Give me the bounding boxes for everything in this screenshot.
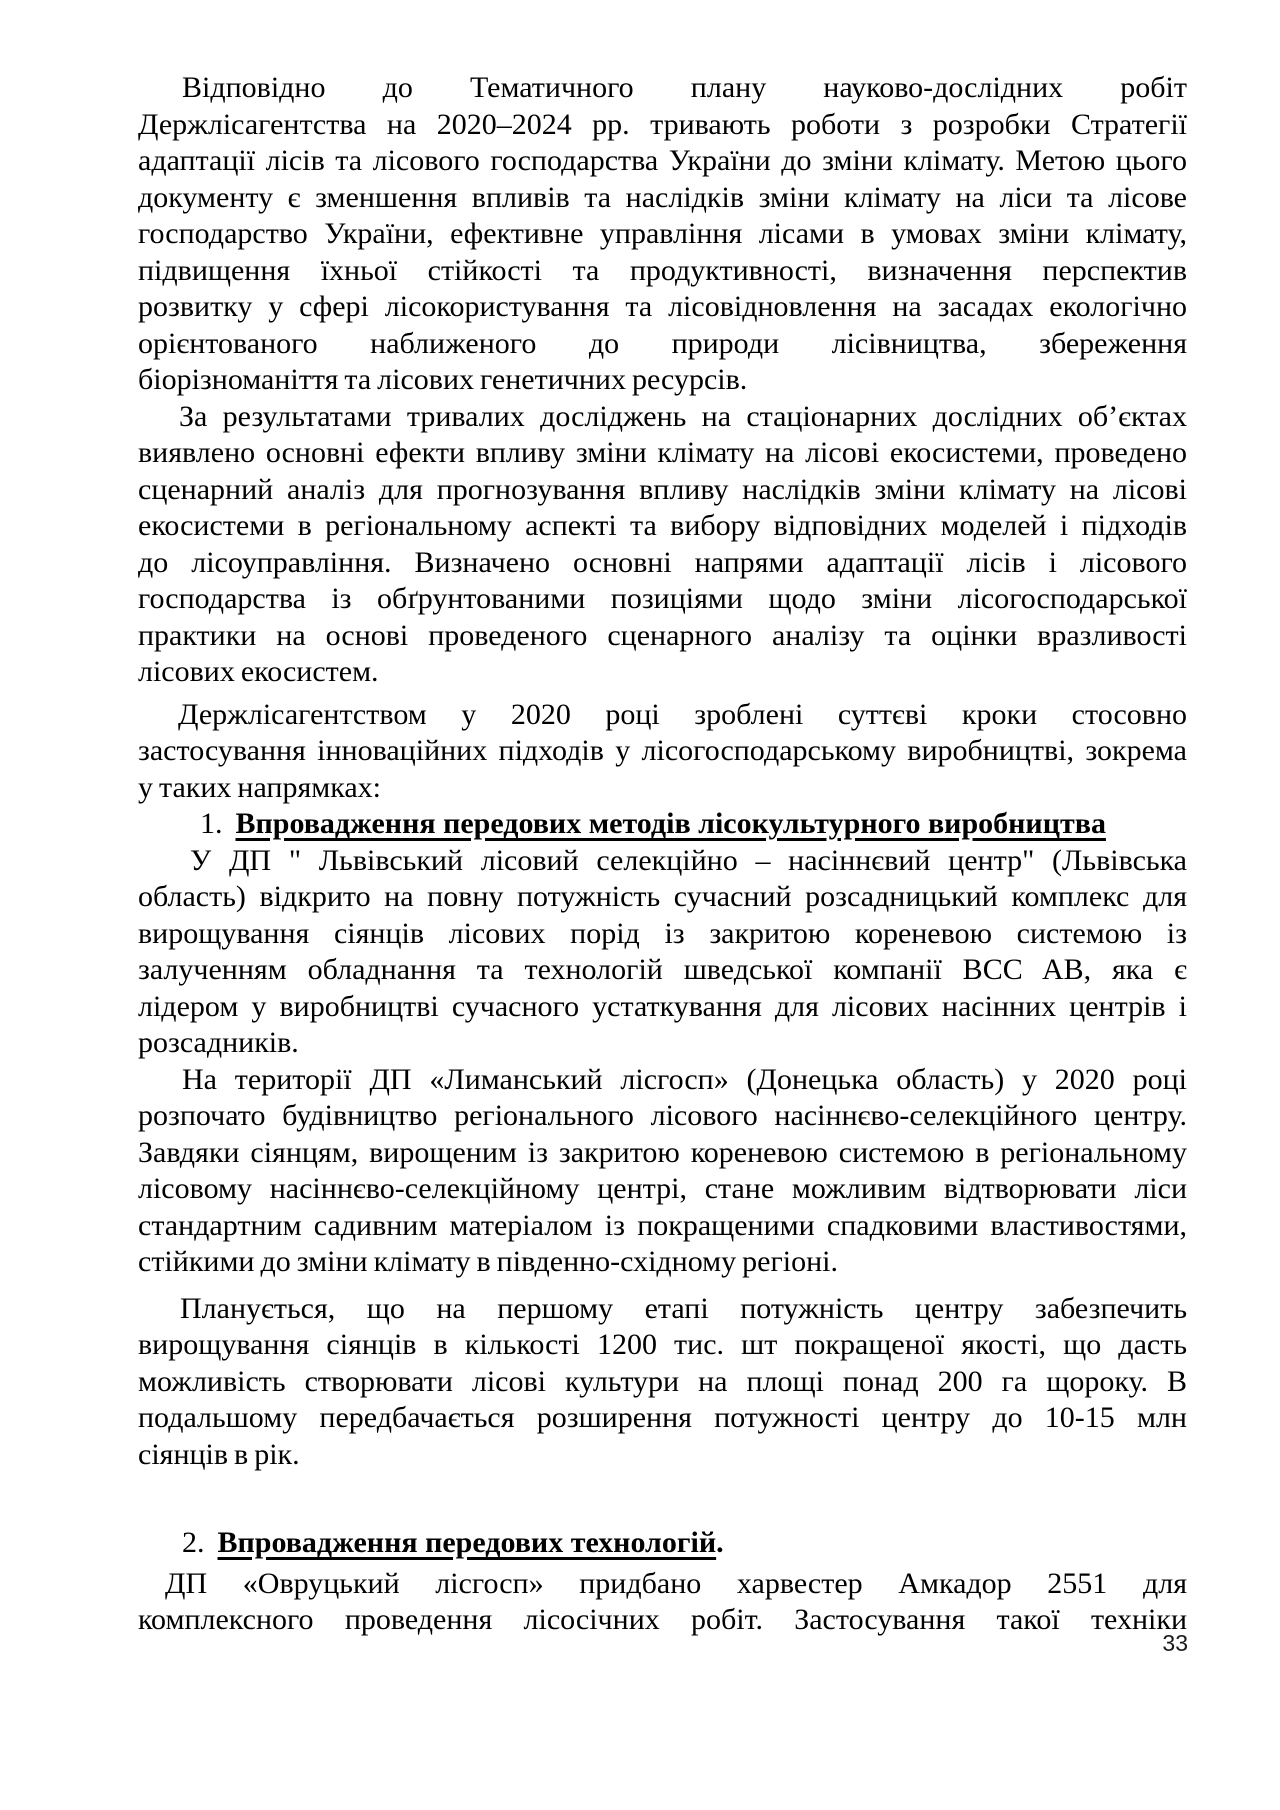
text-line: За результатами тривалих досліджень на с…: [138, 399, 1187, 436]
paragraph: Планується, що на першому етапі потужніс…: [138, 1291, 1187, 1474]
paragraph: За результатами тривалих досліджень на с…: [138, 399, 1187, 691]
text-line: сценарний аналіз для прогнозування вплив…: [138, 472, 1187, 509]
text-line: область) відкрито на повну потужність су…: [138, 879, 1187, 916]
text-line: розпочато будівництво регіонального лісо…: [138, 1098, 1187, 1135]
text-line: адаптації лісів та лісового господарства…: [138, 143, 1187, 180]
text-line: лідером у виробництві сучасного устаткув…: [138, 989, 1187, 1026]
heading-number: 2.: [182, 1526, 205, 1559]
heading-number: 1.: [200, 807, 223, 840]
text-line: господарства із обґрунтованими позиціями…: [138, 581, 1187, 618]
paragraph: У ДП " Львівський лісовий селекційно – н…: [138, 843, 1187, 1062]
text-line: ДП «Овруцький лісгосп» придбано харвесте…: [138, 1566, 1187, 1603]
text-line: У ДП " Львівський лісовий селекційно – н…: [138, 843, 1187, 880]
paragraph: ДП «Овруцький лісгосп» придбано харвесте…: [138, 1566, 1187, 1639]
text-line: у таких напрямках:: [138, 770, 1187, 807]
text-line: до лісоуправління. Визначено основні нап…: [138, 545, 1187, 582]
section-heading: 2.Впровадження передових технологій.: [138, 1525, 1187, 1562]
text-line: господарство України, ефективне управлін…: [138, 216, 1187, 253]
page-number: 33: [1162, 1630, 1188, 1657]
text-line: застосування інноваційних підходів у ліс…: [138, 733, 1187, 770]
text-line: сіянців в рік.: [138, 1437, 1187, 1474]
text-line: Держлісагентством у 2020 році зроблені с…: [138, 697, 1187, 734]
text-line: Відповідно до Тематичного плану науково-…: [138, 70, 1187, 107]
text-line: вирощування сіянців в кількості 1200 тис…: [138, 1327, 1187, 1364]
paragraph: Держлісагентством у 2020 році зроблені с…: [138, 697, 1187, 807]
text-line: документу є зменшення впливів та наслідк…: [138, 180, 1187, 217]
heading-text: Впровадження передових технологій: [218, 1526, 717, 1559]
text-line: розсадників.: [138, 1025, 1187, 1062]
text-line: стандартним садивним матеріалом із покра…: [138, 1208, 1187, 1245]
section-heading: 1.Впровадження передових методів лісокул…: [138, 806, 1187, 843]
text-line: комплексного проведення лісосічних робіт…: [138, 1602, 1187, 1639]
paragraph: Відповідно до Тематичного плану науково-…: [138, 70, 1187, 399]
heading-suffix: .: [716, 1526, 724, 1559]
text-line: орієнтованого наближеного до природи ліс…: [138, 326, 1187, 363]
text-line: біорізноманіття та лісових генетичних ре…: [138, 362, 1187, 399]
text-line: залученням обладнання та технологій швед…: [138, 952, 1187, 989]
text-line: розвитку у сфері лісокористування та ліс…: [138, 289, 1187, 326]
text-line: Завдяки сіянцям, вирощеним із закритою к…: [138, 1135, 1187, 1172]
heading-text: Впровадження передових методів лісокульт…: [236, 807, 1106, 840]
text-line: екосистеми в регіональному аспекті та ви…: [138, 508, 1187, 545]
text-line: виявлено основні ефекти впливу зміни клі…: [138, 435, 1187, 472]
text-line: На території ДП «Лиманський лісгосп» (До…: [138, 1062, 1187, 1099]
text-line: можливість створювати лісові культури на…: [138, 1364, 1187, 1401]
document-page: Відповідно до Тематичного плану науково-…: [0, 0, 1280, 1810]
text-line: лісових екосистем.: [138, 654, 1187, 691]
text-line: Планується, що на першому етапі потужніс…: [138, 1291, 1187, 1328]
document-body: Відповідно до Тематичного плану науково-…: [138, 70, 1187, 1639]
text-line: вирощування сіянців лісових порід із зак…: [138, 916, 1187, 953]
text-line: лісовому насіннєво-селекційному центрі, …: [138, 1171, 1187, 1208]
paragraph: На території ДП «Лиманський лісгосп» (До…: [138, 1062, 1187, 1281]
text-line: підвищення їхньої стійкості та продуктив…: [138, 253, 1187, 290]
text-line: стійкими до зміни клімату в південно-схі…: [138, 1244, 1187, 1281]
text-line: подальшому передбачається розширення пот…: [138, 1400, 1187, 1437]
text-line: практики на основі проведеного сценарног…: [138, 618, 1187, 655]
text-line: Держлісагентства на 2020–2024 рр. триваю…: [138, 107, 1187, 144]
